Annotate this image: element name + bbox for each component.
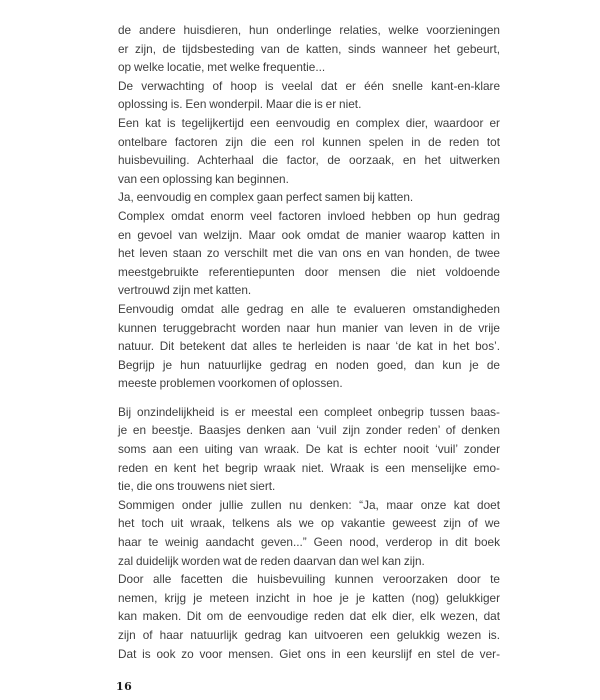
text-line: kunnen teruggebracht worden naar hun man…	[118, 319, 500, 338]
paragraph: Bij onzindelijkheid is er meestal een co…	[118, 403, 500, 496]
text-line: Dat is ook zo voor mensen. Giet ons in e…	[118, 645, 500, 664]
text-line: Een kat is tegelijkertijd een eenvoudig …	[118, 114, 500, 133]
text-line: kan maken. Dit om de eenvoudige reden da…	[118, 607, 500, 626]
text-line: Sommigen onder jullie zullen nu denken: …	[118, 496, 500, 515]
text-line: zijn of haar natuurlijk gedrag kan uitvo…	[118, 626, 500, 645]
paragraph: Complex omdat enorm veel factoren invloe…	[118, 207, 500, 300]
text-line: oplossing is. Een wonderpil. Maar die is…	[118, 95, 500, 114]
text-line: haar te weinig aandacht geven...” Geen n…	[118, 533, 500, 552]
text-line: meestgebruikte referentiepunten door men…	[118, 263, 500, 282]
text-line: ontelbare factoren zijn die een rol kunn…	[118, 133, 500, 152]
book-page: de andere huisdieren, hun onderlinge rel…	[0, 0, 600, 700]
text-line: huisbevuiling. Achterhaal die factor, de…	[118, 151, 500, 170]
text-line: tie, die ons trouwens niet siert.	[118, 477, 500, 496]
paragraph: Een kat is tegelijkertijd een eenvoudig …	[118, 114, 500, 188]
paragraph: Sommigen onder jullie zullen nu denken: …	[118, 496, 500, 570]
text-line: je en beestje. Baasjes denken aan ‘vuil …	[118, 421, 500, 440]
text-line: Complex omdat enorm veel factoren invloe…	[118, 207, 500, 226]
text-line: vertrouwd zijn met katten.	[118, 281, 500, 300]
paragraph: Door alle facetten die huisbevuiling kun…	[118, 570, 500, 663]
text-line: van een oplossing kan beginnen.	[118, 170, 500, 189]
text-line: meeste problemen voorkomen of oplossen.	[118, 374, 500, 393]
text-line: de andere huisdieren, hun onderlinge rel…	[118, 21, 500, 40]
text-line: reden en kent het begrip wraak niet. Wra…	[118, 459, 500, 478]
text-line: soms aan een uiting van wraak. De kat is…	[118, 440, 500, 459]
page-number: 16	[116, 680, 132, 693]
text-line: Bij onzindelijkheid is er meestal een co…	[118, 403, 500, 422]
text-line: natuur. Dit betekent dat alles te herlei…	[118, 337, 500, 356]
paragraph: De verwachting of hoop is veelal dat er …	[118, 77, 500, 114]
paragraph: Ja, eenvoudig en complex gaan perfect sa…	[118, 188, 500, 207]
text-line: het toch uit wraak, telkens als we op va…	[118, 514, 500, 533]
text-line: zal duidelijk worden wat de reden daarva…	[118, 552, 500, 571]
text-line: Begrijp je hun natuurlijke gedrag en nod…	[118, 356, 500, 375]
text-line: op welke locatie, met welke frequentie..…	[118, 58, 500, 77]
paragraph: Eenvoudig omdat alle gedrag en alle te e…	[118, 300, 500, 393]
text-line: nemen, krijg je meteen inzicht in hoe je…	[118, 589, 500, 608]
body-text-column: de andere huisdieren, hun onderlinge rel…	[118, 21, 500, 663]
text-line: Ja, eenvoudig en complex gaan perfect sa…	[118, 188, 500, 207]
text-line: en gevoel van welzijn. Maar ook omdat de…	[118, 226, 500, 245]
text-line: Eenvoudig omdat alle gedrag en alle te e…	[118, 300, 500, 319]
text-line: er zijn, de tijdsbesteding van de katten…	[118, 40, 500, 59]
text-line: Door alle facetten die huisbevuiling kun…	[118, 570, 500, 589]
text-line: het leven staan zo verschilt met die van…	[118, 244, 500, 263]
paragraph: de andere huisdieren, hun onderlinge rel…	[118, 21, 500, 77]
text-line: De verwachting of hoop is veelal dat er …	[118, 77, 500, 96]
